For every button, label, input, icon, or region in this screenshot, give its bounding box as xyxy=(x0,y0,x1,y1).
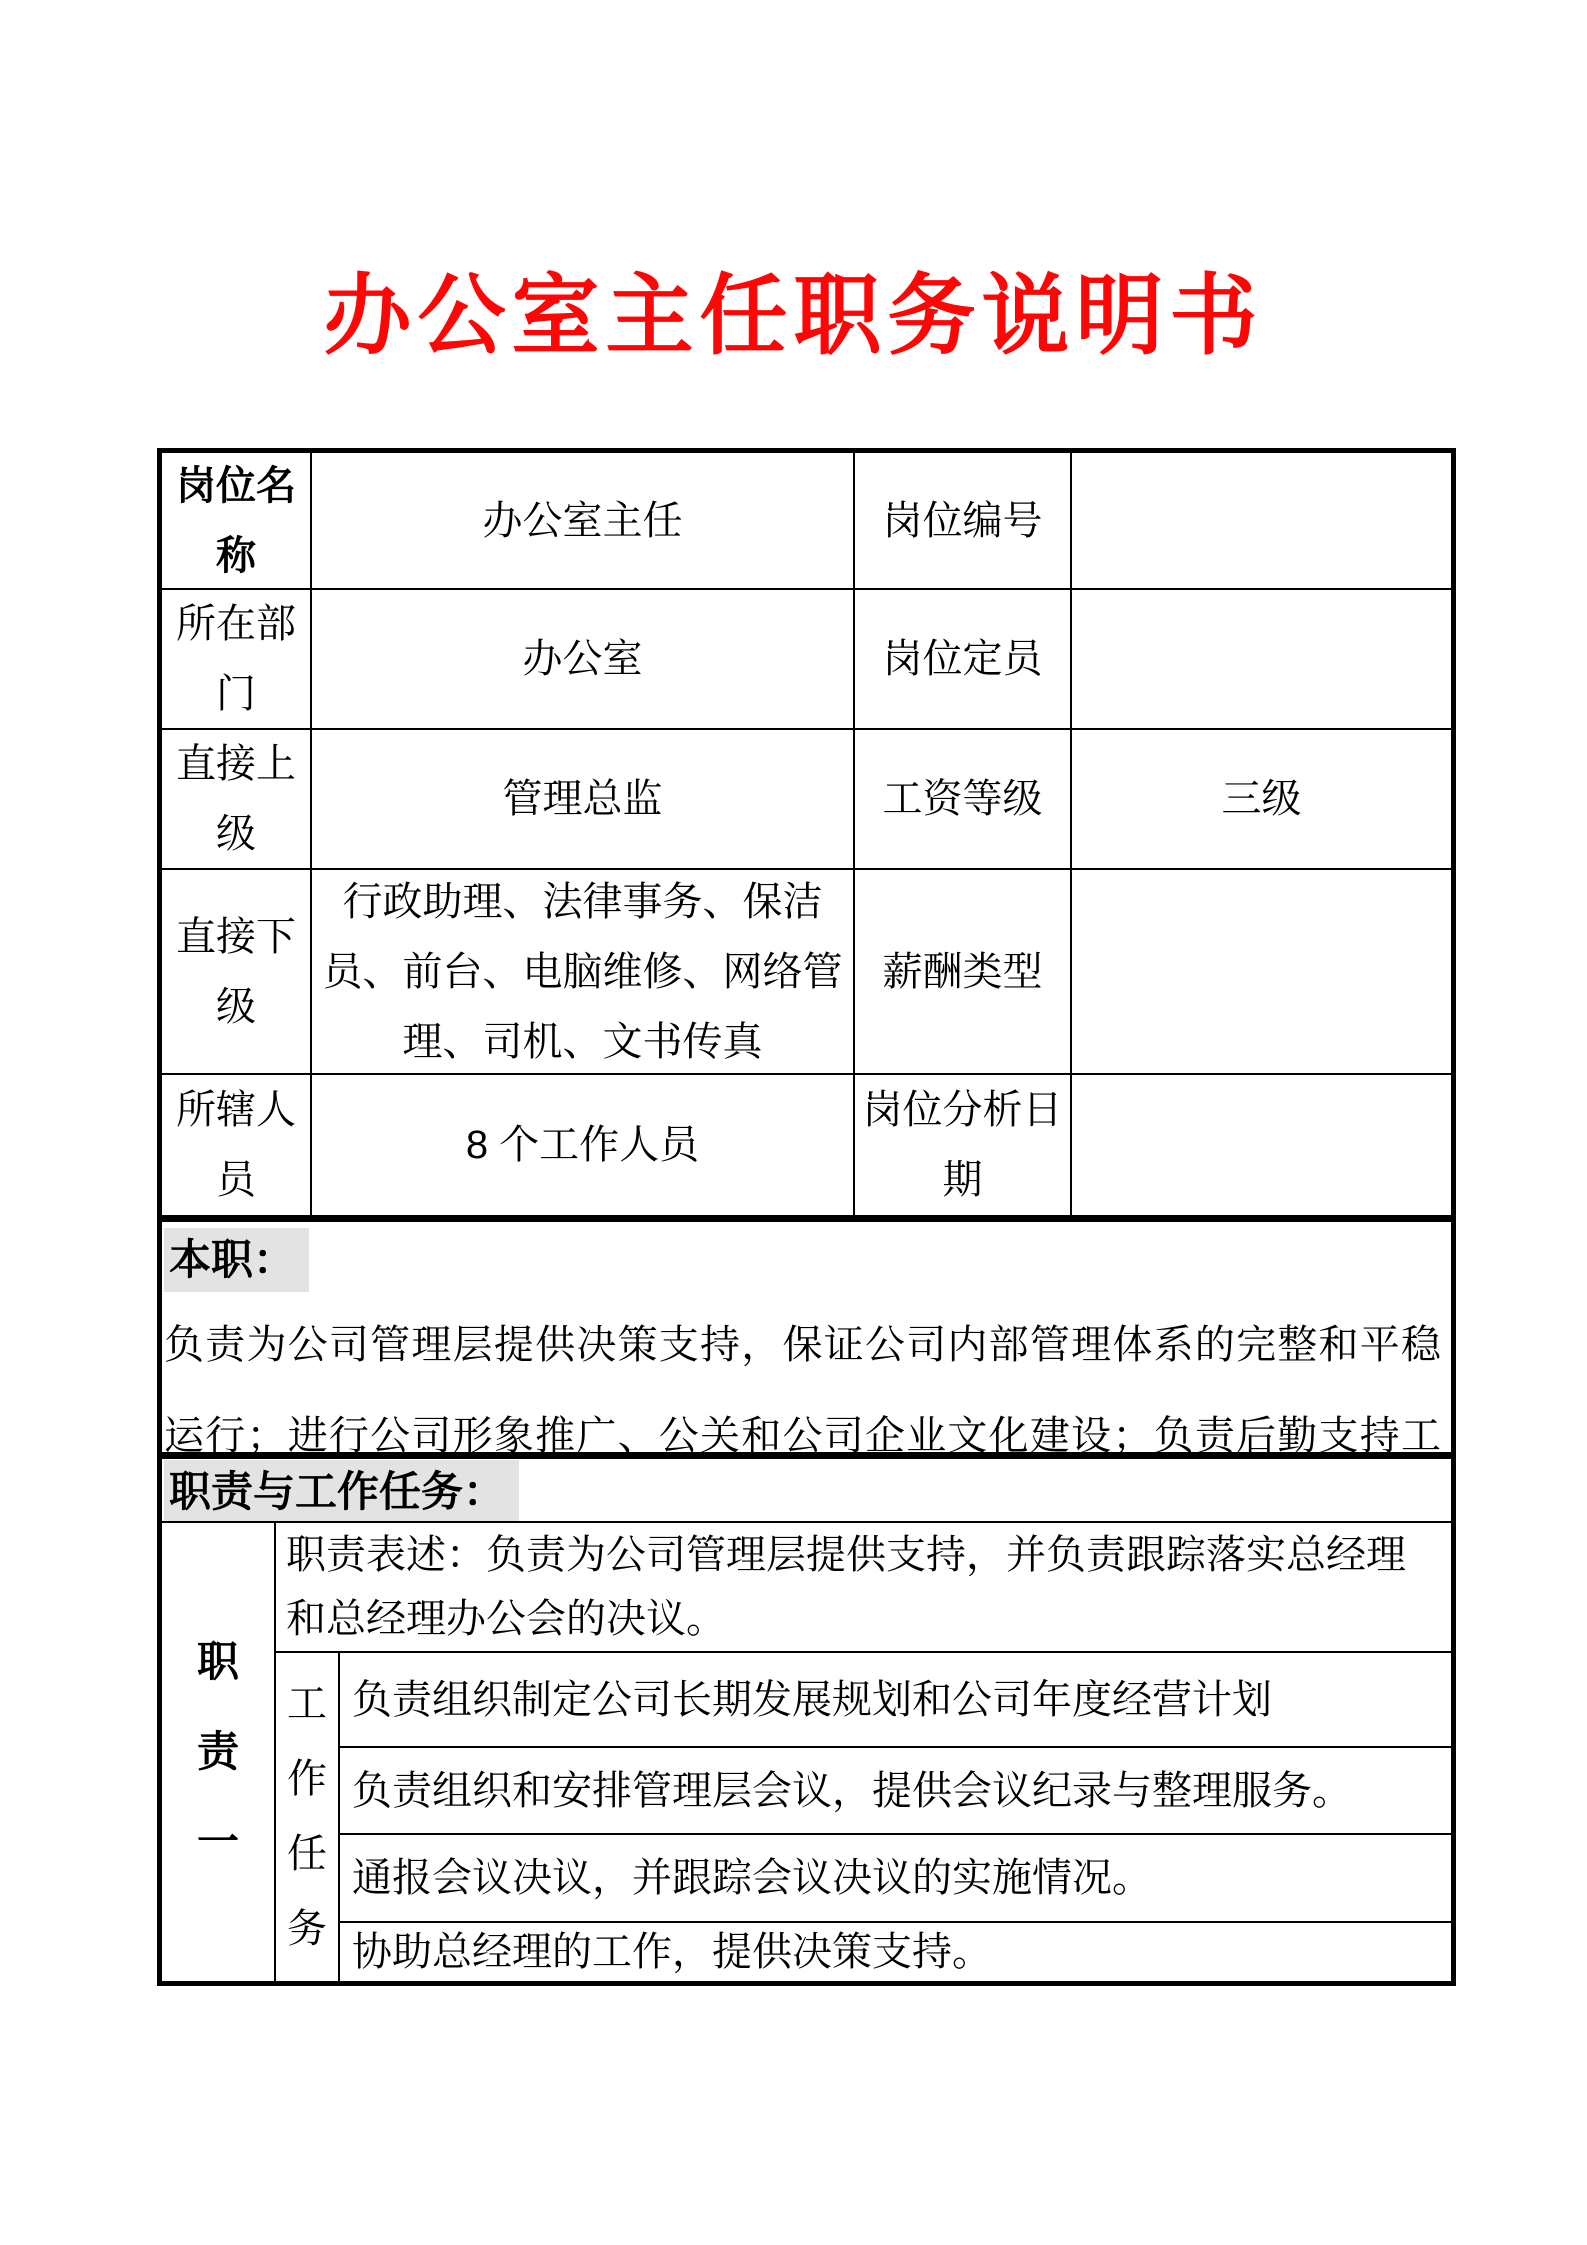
duty-tasks-label-text: 工作任务 xyxy=(285,1667,329,1967)
duty-name-text: 职责一 xyxy=(196,1617,240,1887)
duty-task-cell: 负责组织制定公司长期发展规划和公司年度经营计划 xyxy=(340,1653,1451,1748)
field-label: 岗位定员 xyxy=(855,590,1072,730)
field-value: 办公室 xyxy=(312,590,855,730)
duty-task-cell: 通报会议决议，并跟踪会议决议的实施情况。 xyxy=(340,1835,1451,1923)
summary-label: 本职： xyxy=(164,1228,309,1292)
duty-task-cell: 协助总经理的工作，提供决策支持。 xyxy=(340,1923,1451,1981)
info-table: 岗位名称 办公室主任 岗位编号 所在部门 办公室 岗位定员 直接上级 管理总监 … xyxy=(162,453,1451,1215)
field-value: 行政助理、法律事务、保洁员、前台、电脑维修、网络管理、司机、文书传真 xyxy=(312,870,855,1075)
field-value: 办公室主任 xyxy=(312,453,855,590)
field-value xyxy=(1072,870,1451,1075)
duty-task-cell: 负责组织和安排管理层会议，提供会议纪录与整理服务。 xyxy=(340,1748,1451,1835)
duty-table: 职责一 职责表述：负责为公司管理层提供支持，并负责跟踪落实总经理和总经理办公会的… xyxy=(162,1523,1451,1981)
field-label: 岗位编号 xyxy=(855,453,1072,590)
field-value xyxy=(1072,453,1451,590)
job-description-table: 岗位名称 办公室主任 岗位编号 所在部门 办公室 岗位定员 直接上级 管理总监 … xyxy=(157,448,1456,1986)
field-label: 直接下级 xyxy=(162,870,312,1075)
field-value: 管理总监 xyxy=(312,730,855,870)
field-label: 岗位分析日期 xyxy=(855,1075,1072,1215)
duty-tasks-label-cell: 工作任务 xyxy=(276,1653,340,1981)
field-label: 薪酬类型 xyxy=(855,870,1072,1075)
field-value: 8 个工作人员 xyxy=(312,1075,855,1215)
field-value xyxy=(1072,1075,1451,1215)
duty-statement-cell: 职责表述：负责为公司管理层提供支持，并负责跟踪落实总经理和总经理办公会的决议。 xyxy=(276,1523,1451,1653)
field-label: 所在部门 xyxy=(162,590,312,730)
field-value: 三级 xyxy=(1072,730,1451,870)
field-label: 工资等级 xyxy=(855,730,1072,870)
field-label: 岗位名称 xyxy=(162,453,312,590)
duty-name-cell: 职责一 xyxy=(162,1523,276,1981)
page-title: 办公室主任职务说明书 xyxy=(0,270,1587,362)
duties-header-label: 职责与工作任务： xyxy=(164,1460,519,1523)
summary-section: 本职： 负责为公司管理层提供决策支持，保证公司内部管理体系的完整和平稳运行；进行… xyxy=(162,1215,1451,1452)
field-value xyxy=(1072,590,1451,730)
document-page: 办公室主任职务说明书 岗位名称 办公室主任 岗位编号 所在部门 办公室 岗位定员… xyxy=(0,0,1587,2245)
summary-text: 负责为公司管理层提供决策支持，保证公司内部管理体系的完整和平稳运行；进行公司形象… xyxy=(164,1300,1441,1452)
field-label: 直接上级 xyxy=(162,730,312,870)
field-label: 所辖人员 xyxy=(162,1075,312,1215)
duties-section-header: 职责与工作任务： xyxy=(162,1452,1451,1523)
